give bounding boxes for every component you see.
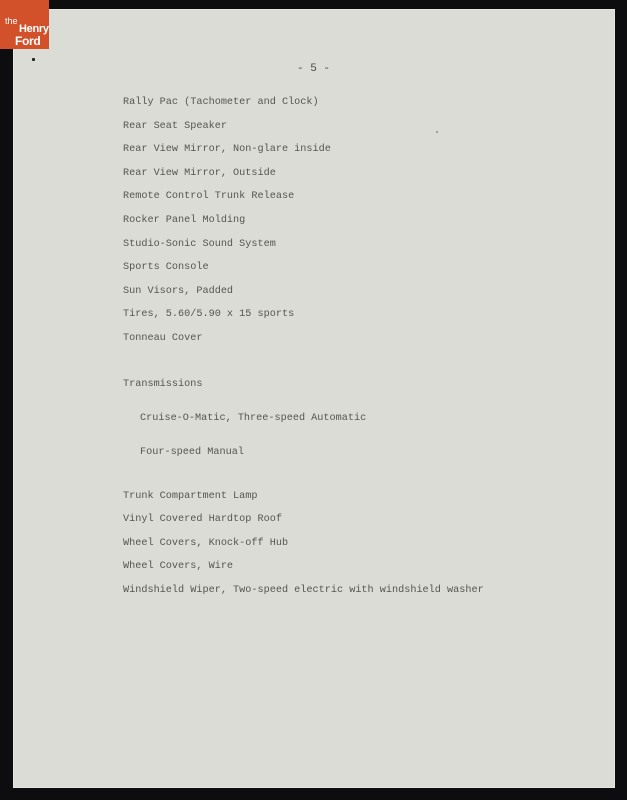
list-item: Wheel Covers, Knock-off Hub	[123, 538, 484, 562]
item-label: Rally Pac (Tachometer and Clock)	[123, 97, 484, 109]
list-item: Studio-Sonic Sound System	[123, 239, 484, 263]
item-label: Windshield Wiper, Two-speed electric wit…	[123, 585, 484, 597]
list-item: Rocker Panel Molding	[123, 215, 484, 239]
cursor-mark	[32, 58, 35, 61]
item-label: Transmissions	[123, 379, 484, 391]
item-label: Trunk Compartment Lamp	[123, 491, 484, 503]
henry-ford-logo: the Henry Ford	[0, 0, 49, 49]
item-label: Sports Console	[123, 262, 484, 274]
list-item: Rear Seat Speaker	[123, 121, 484, 145]
sub-item: Four-speed Manual	[123, 447, 484, 459]
item-label: Tonneau Cover	[123, 333, 484, 345]
list-item: Vinyl Covered Hardtop Roof	[123, 514, 484, 538]
sub-item: Cruise-O-Matic, Three-speed Automatic	[123, 413, 484, 425]
item-label: Rear View Mirror, Outside	[123, 168, 484, 180]
item-label: Vinyl Covered Hardtop Roof	[123, 514, 484, 526]
item-label: Wheel Covers, Knock-off Hub	[123, 538, 484, 550]
logo-text-ford: Ford	[15, 35, 40, 47]
item-label: Remote Control Trunk Release	[123, 191, 484, 203]
list-item: Trunk Compartment Lamp	[123, 491, 484, 515]
page-number: - 5 -	[297, 63, 330, 75]
item-label: Wheel Covers, Wire	[123, 561, 484, 573]
list-item-transmissions: Transmissions Cruise-O-Matic, Three-spee…	[123, 357, 484, 481]
options-list: Rally Pac (Tachometer and Clock) Rear Se…	[123, 97, 484, 609]
list-item: Remote Control Trunk Release	[123, 191, 484, 215]
item-label: Rocker Panel Molding	[123, 215, 484, 227]
logo-text-the: the	[5, 17, 18, 26]
list-item: Rear View Mirror, Non-glare inside	[123, 144, 484, 168]
list-item: Windshield Wiper, Two-speed electric wit…	[123, 585, 484, 609]
list-item: Tonneau Cover	[123, 333, 484, 357]
list-item: Wheel Covers, Wire	[123, 561, 484, 585]
list-item: Tires, 5.60/5.90 x 15 sports	[123, 309, 484, 333]
list-item: Rally Pac (Tachometer and Clock)	[123, 97, 484, 121]
item-label: Rear Seat Speaker	[123, 121, 484, 133]
list-item: Sports Console	[123, 262, 484, 286]
item-label: Rear View Mirror, Non-glare inside	[123, 144, 484, 156]
item-label: Studio-Sonic Sound System	[123, 239, 484, 251]
list-item: Rear View Mirror, Outside	[123, 168, 484, 192]
item-label: Sun Visors, Padded	[123, 286, 484, 298]
list-item: Sun Visors, Padded	[123, 286, 484, 310]
item-label: Tires, 5.60/5.90 x 15 sports	[123, 309, 484, 321]
